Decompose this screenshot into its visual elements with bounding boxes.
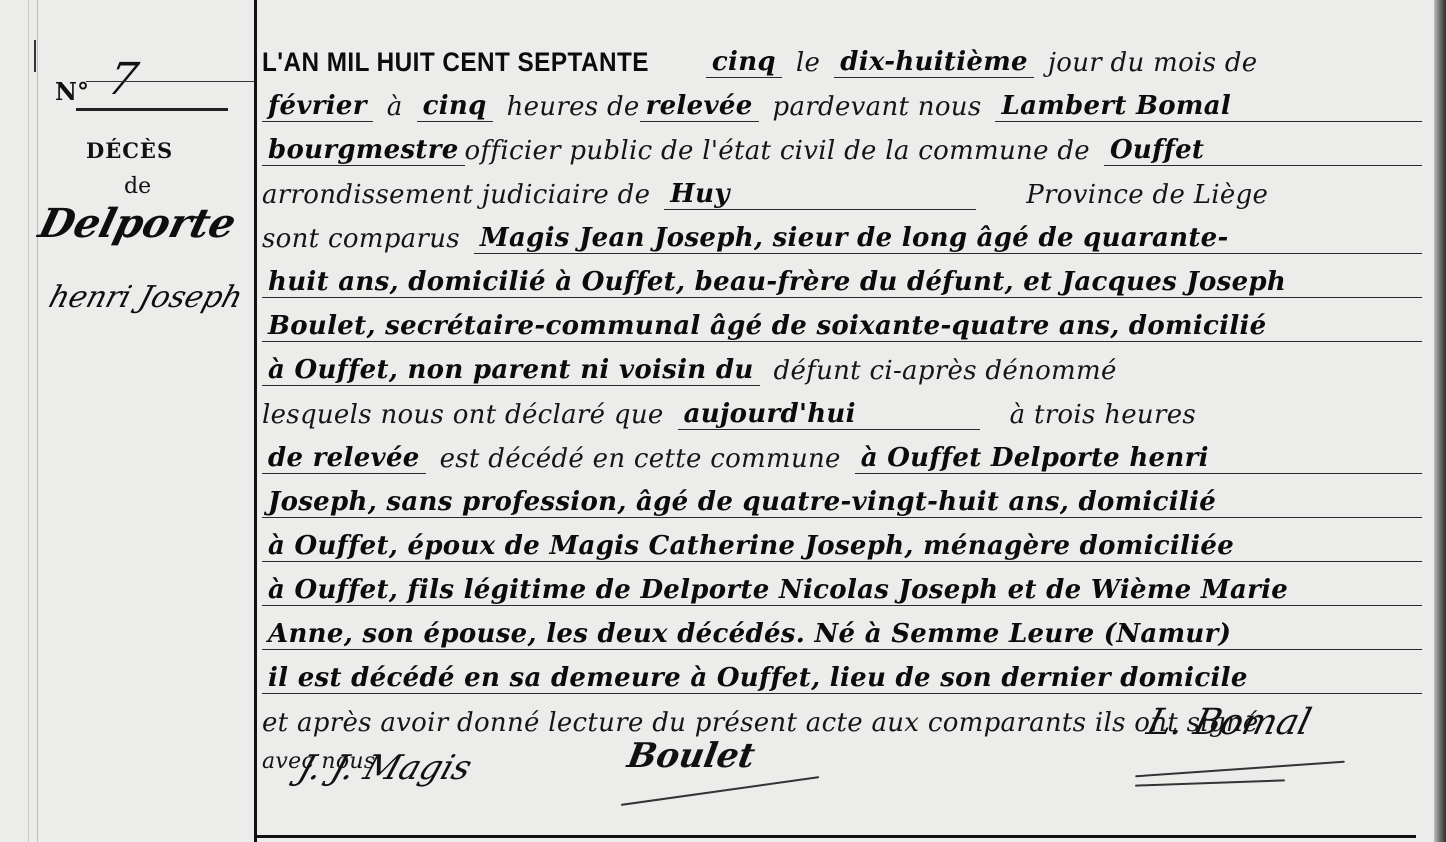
deceased-given-names: henri Joseph bbox=[45, 280, 247, 315]
signature-magis: J. J. Magis bbox=[294, 748, 477, 788]
place-of-death-fill: il est décédé en sa demeure à Ouffet, li… bbox=[262, 663, 1422, 694]
death-day-fill: aujourd'hui bbox=[678, 399, 980, 430]
officer-name-fill: Lambert Bomal bbox=[995, 91, 1422, 122]
line-5: sont comparus Magis Jean Joseph, sieur d… bbox=[262, 214, 1422, 254]
line-4: arrondissement judiciaire de Huy Provinc… bbox=[262, 170, 1422, 210]
line-11: Joseph, sans profession, âgé de quatre-v… bbox=[262, 478, 1422, 518]
deceased-surname: Delporte bbox=[34, 200, 241, 247]
number-value: 7 bbox=[104, 54, 143, 105]
day-fill: dix-huitième bbox=[834, 47, 1034, 78]
parents-fill: à Ouffet, fils légitime de Delporte Nico… bbox=[262, 575, 1422, 606]
witness-1-fill: Magis Jean Joseph, sieur de long âgé de … bbox=[474, 223, 1422, 254]
deceased-fill: à Ouffet Delporte henri bbox=[855, 443, 1422, 474]
signature-boulet: Boulet bbox=[624, 736, 757, 776]
number-underline bbox=[76, 108, 228, 111]
hour-fill: cinq bbox=[417, 91, 493, 122]
spouse-fill: à Ouffet, époux de Magis Catherine Josep… bbox=[262, 531, 1422, 562]
deces-heading: DÉCÈS bbox=[86, 138, 173, 163]
officer-title-fill: bourgmestre bbox=[262, 135, 465, 166]
line-13: à Ouffet, fils légitime de Delporte Nico… bbox=[262, 566, 1422, 606]
act-number: N° 7 bbox=[55, 60, 137, 111]
line-7: Boulet, secrétaire-communal âgé de soixa… bbox=[262, 302, 1422, 342]
printed-year-header: L'AN MIL HUIT CENT SEPTANTE bbox=[262, 47, 649, 78]
gutter-line bbox=[28, 0, 29, 842]
line-10: de relevée est décédé en cette commune à… bbox=[262, 434, 1422, 474]
line-6: huit ans, domicilié à Ouffet, beau-frère… bbox=[262, 258, 1422, 298]
deces-de: de bbox=[124, 174, 151, 199]
month-fill: février bbox=[262, 91, 373, 122]
arrondissement-fill: Huy bbox=[664, 179, 976, 210]
line-1: L'AN MIL HUIT CENT SEPTANTE cinq le dix-… bbox=[262, 38, 1422, 78]
gutter-line bbox=[37, 0, 38, 842]
witness-2-fill: Boulet, secrétaire-communal âgé de soixa… bbox=[262, 311, 1422, 342]
commune-fill: Ouffet bbox=[1104, 135, 1422, 166]
province: Province de Liège bbox=[1026, 180, 1268, 210]
binding-edge bbox=[1434, 0, 1446, 842]
signature-bomal: L. Bomal bbox=[1143, 702, 1315, 743]
year-fill: cinq bbox=[706, 47, 782, 78]
line-12: à Ouffet, époux de Magis Catherine Josep… bbox=[262, 522, 1422, 562]
line-9: lesquels nous ont déclaré que aujourd'hu… bbox=[262, 390, 1422, 430]
death-certificate-page: N° 7 DÉCÈS de Delporte henri Joseph L'AN… bbox=[0, 0, 1446, 842]
gutter-tick bbox=[34, 40, 36, 72]
number-label: N° bbox=[55, 77, 89, 106]
birthplace-fill: Anne, son épouse, les deux décédés. Né à… bbox=[262, 619, 1422, 650]
period-fill: relevée bbox=[640, 91, 759, 122]
line-14: Anne, son épouse, les deux décédés. Né à… bbox=[262, 610, 1422, 650]
line-2: février à cinq heures de relevée pardeva… bbox=[262, 82, 1422, 122]
number-underline bbox=[86, 81, 254, 82]
line-3: bourgmestre officier public de l'état ci… bbox=[262, 126, 1422, 166]
margin-rule bbox=[254, 0, 257, 842]
line-15: il est décédé en sa demeure à Ouffet, li… bbox=[262, 654, 1422, 694]
line-8: à Ouffet, non parent ni voisin du défunt… bbox=[262, 346, 1422, 386]
